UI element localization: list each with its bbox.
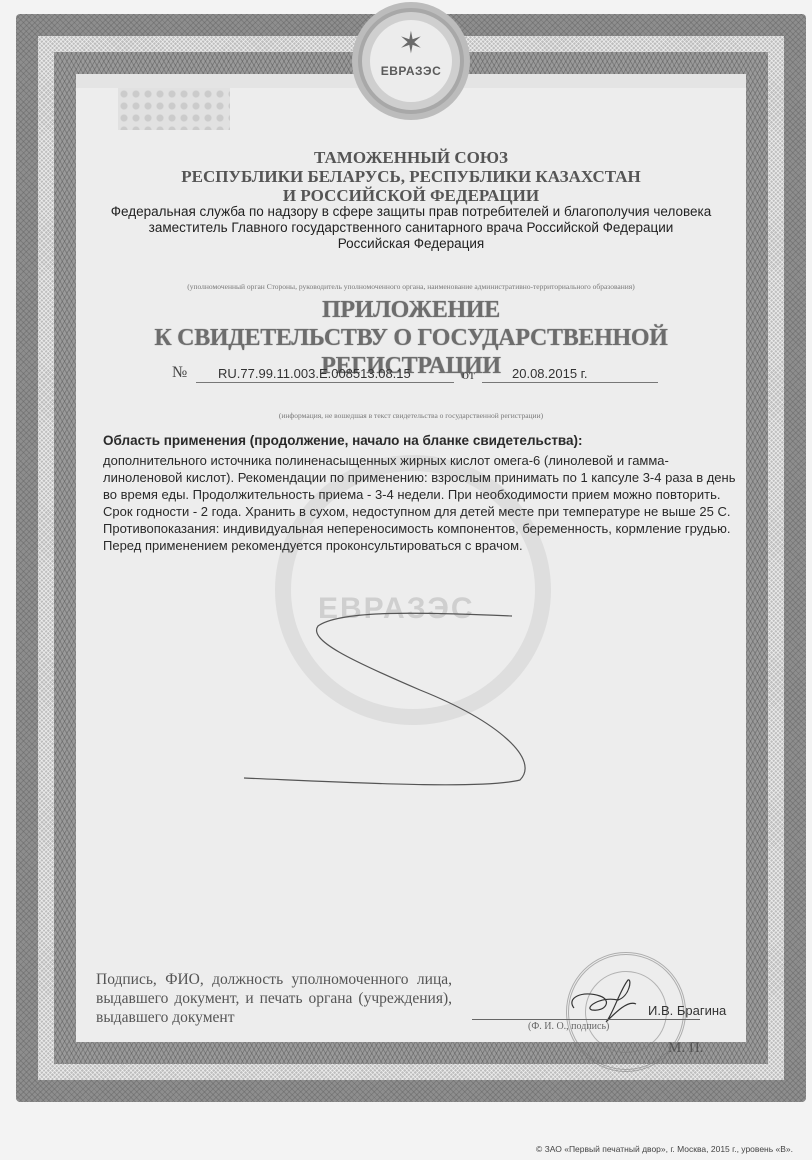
fio-caption: (Ф. И. О., подпись) [528,1021,609,1032]
printer-note: © ЗАО «Первый печатный двор», г. Москва,… [536,1144,793,1154]
agency-line: заместитель Главного государственного са… [76,220,746,236]
scope-heading: Область применения (продолжение, начало … [103,432,743,449]
watermark-label: ЕВРАЗЭС [318,592,475,626]
signature-underline [472,1019,700,1020]
security-pattern-box [118,88,230,130]
scope-section: Область применения (продолжение, начало … [103,432,743,554]
agency-line: Российская Федерация [76,236,746,252]
union-line: ТАМОЖЕННЫЙ СОЮЗ [76,148,746,167]
emblem-label: ЕВРАЗЭС [362,64,460,78]
registration-number-label: № [172,364,187,382]
registration-caption: (информация, не вошедшая в текст свидете… [76,411,746,420]
union-heading: ТАМОЖЕННЫЙ СОЮЗ РЕСПУБЛИКИ БЕЛАРУСЬ, РЕС… [76,148,746,205]
registration-date-underline [482,382,658,383]
registration-date-label: от [462,368,475,384]
agency-heading: Федеральная служба по надзору в сфере за… [76,204,746,252]
union-line: РЕСПУБЛИКИ БЕЛАРУСЬ, РЕСПУБЛИКИ КАЗАХСТА… [76,167,746,186]
eurasec-emblem-icon: ✶ [362,26,460,61]
signatory-name: И.В. Брагина [648,1003,726,1018]
signature-caption: Подпись, ФИО, должность уполномоченного … [96,970,452,1027]
registration-number: RU.77.99.11.003.E.008513.08.15 [218,366,411,381]
seal-place-label: М. П. [668,1040,703,1057]
title-line-1: ПРИЛОЖЕНИЕ [76,296,746,324]
eurasec-emblem: ✶ ЕВРАЗЭС [358,8,464,114]
agency-line: Федеральная служба по надзору в сфере за… [76,204,746,220]
agency-caption: (уполномоченный орган Стороны, руководит… [76,282,746,291]
scope-text: дополнительного источника полиненасыщенн… [103,452,743,554]
union-line: И РОССИЙСКОЙ ФЕДЕРАЦИИ [76,186,746,205]
certificate-page: ✶ ЕВРАЗЭС ЕВРАЗЭС ТАМОЖЕННЫЙ СОЮЗ РЕСПУБ… [0,0,812,1160]
registration-date: 20.08.2015 г. [512,366,587,381]
registration-number-underline [196,382,454,383]
